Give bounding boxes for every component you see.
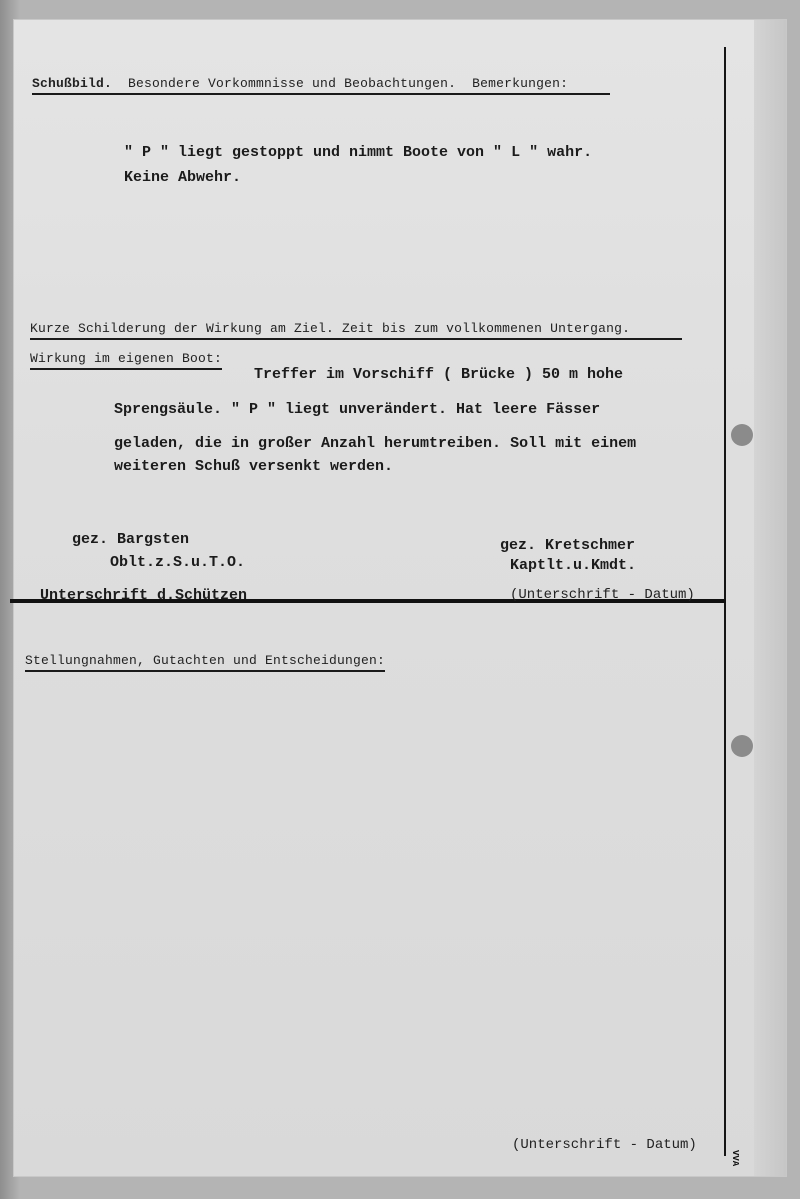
heading-part-schussbild: Schußbild. (32, 76, 112, 91)
section-heading-wirkung-am-ziel: Kurze Schilderung der Wirkung am Ziel. Z… (30, 321, 682, 340)
effect-line-2: Sprengsäule. " P " liegt unverändert. Ha… (114, 397, 600, 422)
effect-line-4: weiteren Schuß versenkt werden. (114, 454, 393, 479)
page-margin-strip (754, 20, 786, 1176)
signature-left-rank: Oblt.z.S.u.T.O. (110, 550, 245, 575)
heading-part-bemerkungen: Bemerkungen: (472, 76, 568, 91)
signature-right-rank: Kaptlt.u.Kmdt. (510, 553, 636, 578)
observation-line-1: " P " liegt gestoppt und nimmt Boote von… (124, 140, 592, 165)
signature-left-caption: Unterschrift d.Schützen (40, 583, 247, 608)
section-heading-stellungnahmen: Stellungnahmen, Gutachten und Entscheidu… (25, 653, 385, 672)
observation-line-2: Keine Abwehr. (124, 165, 241, 190)
punch-hole (731, 735, 753, 757)
heading-part-vorkommnisse: Besondere Vorkommnisse und Beobachtungen… (128, 76, 456, 91)
signature-right-caption: (Unterschrift - Datum) (510, 587, 695, 603)
section3-signature-caption: (Unterschrift - Datum) (512, 1137, 697, 1153)
effect-line-3: geladen, die in großer Anzahl herumtreib… (114, 431, 636, 456)
signature-left-name: gez. Bargsten (72, 527, 189, 552)
punch-hole (731, 424, 753, 446)
section-subheading-eigenes-boot: Wirkung im eigenen Boot: (30, 351, 222, 370)
effect-line-1: Treffer im Vorschiff ( Brücke ) 50 m hoh… (254, 362, 623, 387)
section-heading-schussbild: Schußbild. Besondere Vorkommnisse und Be… (32, 76, 610, 95)
margin-mark: VVA (730, 1150, 740, 1166)
